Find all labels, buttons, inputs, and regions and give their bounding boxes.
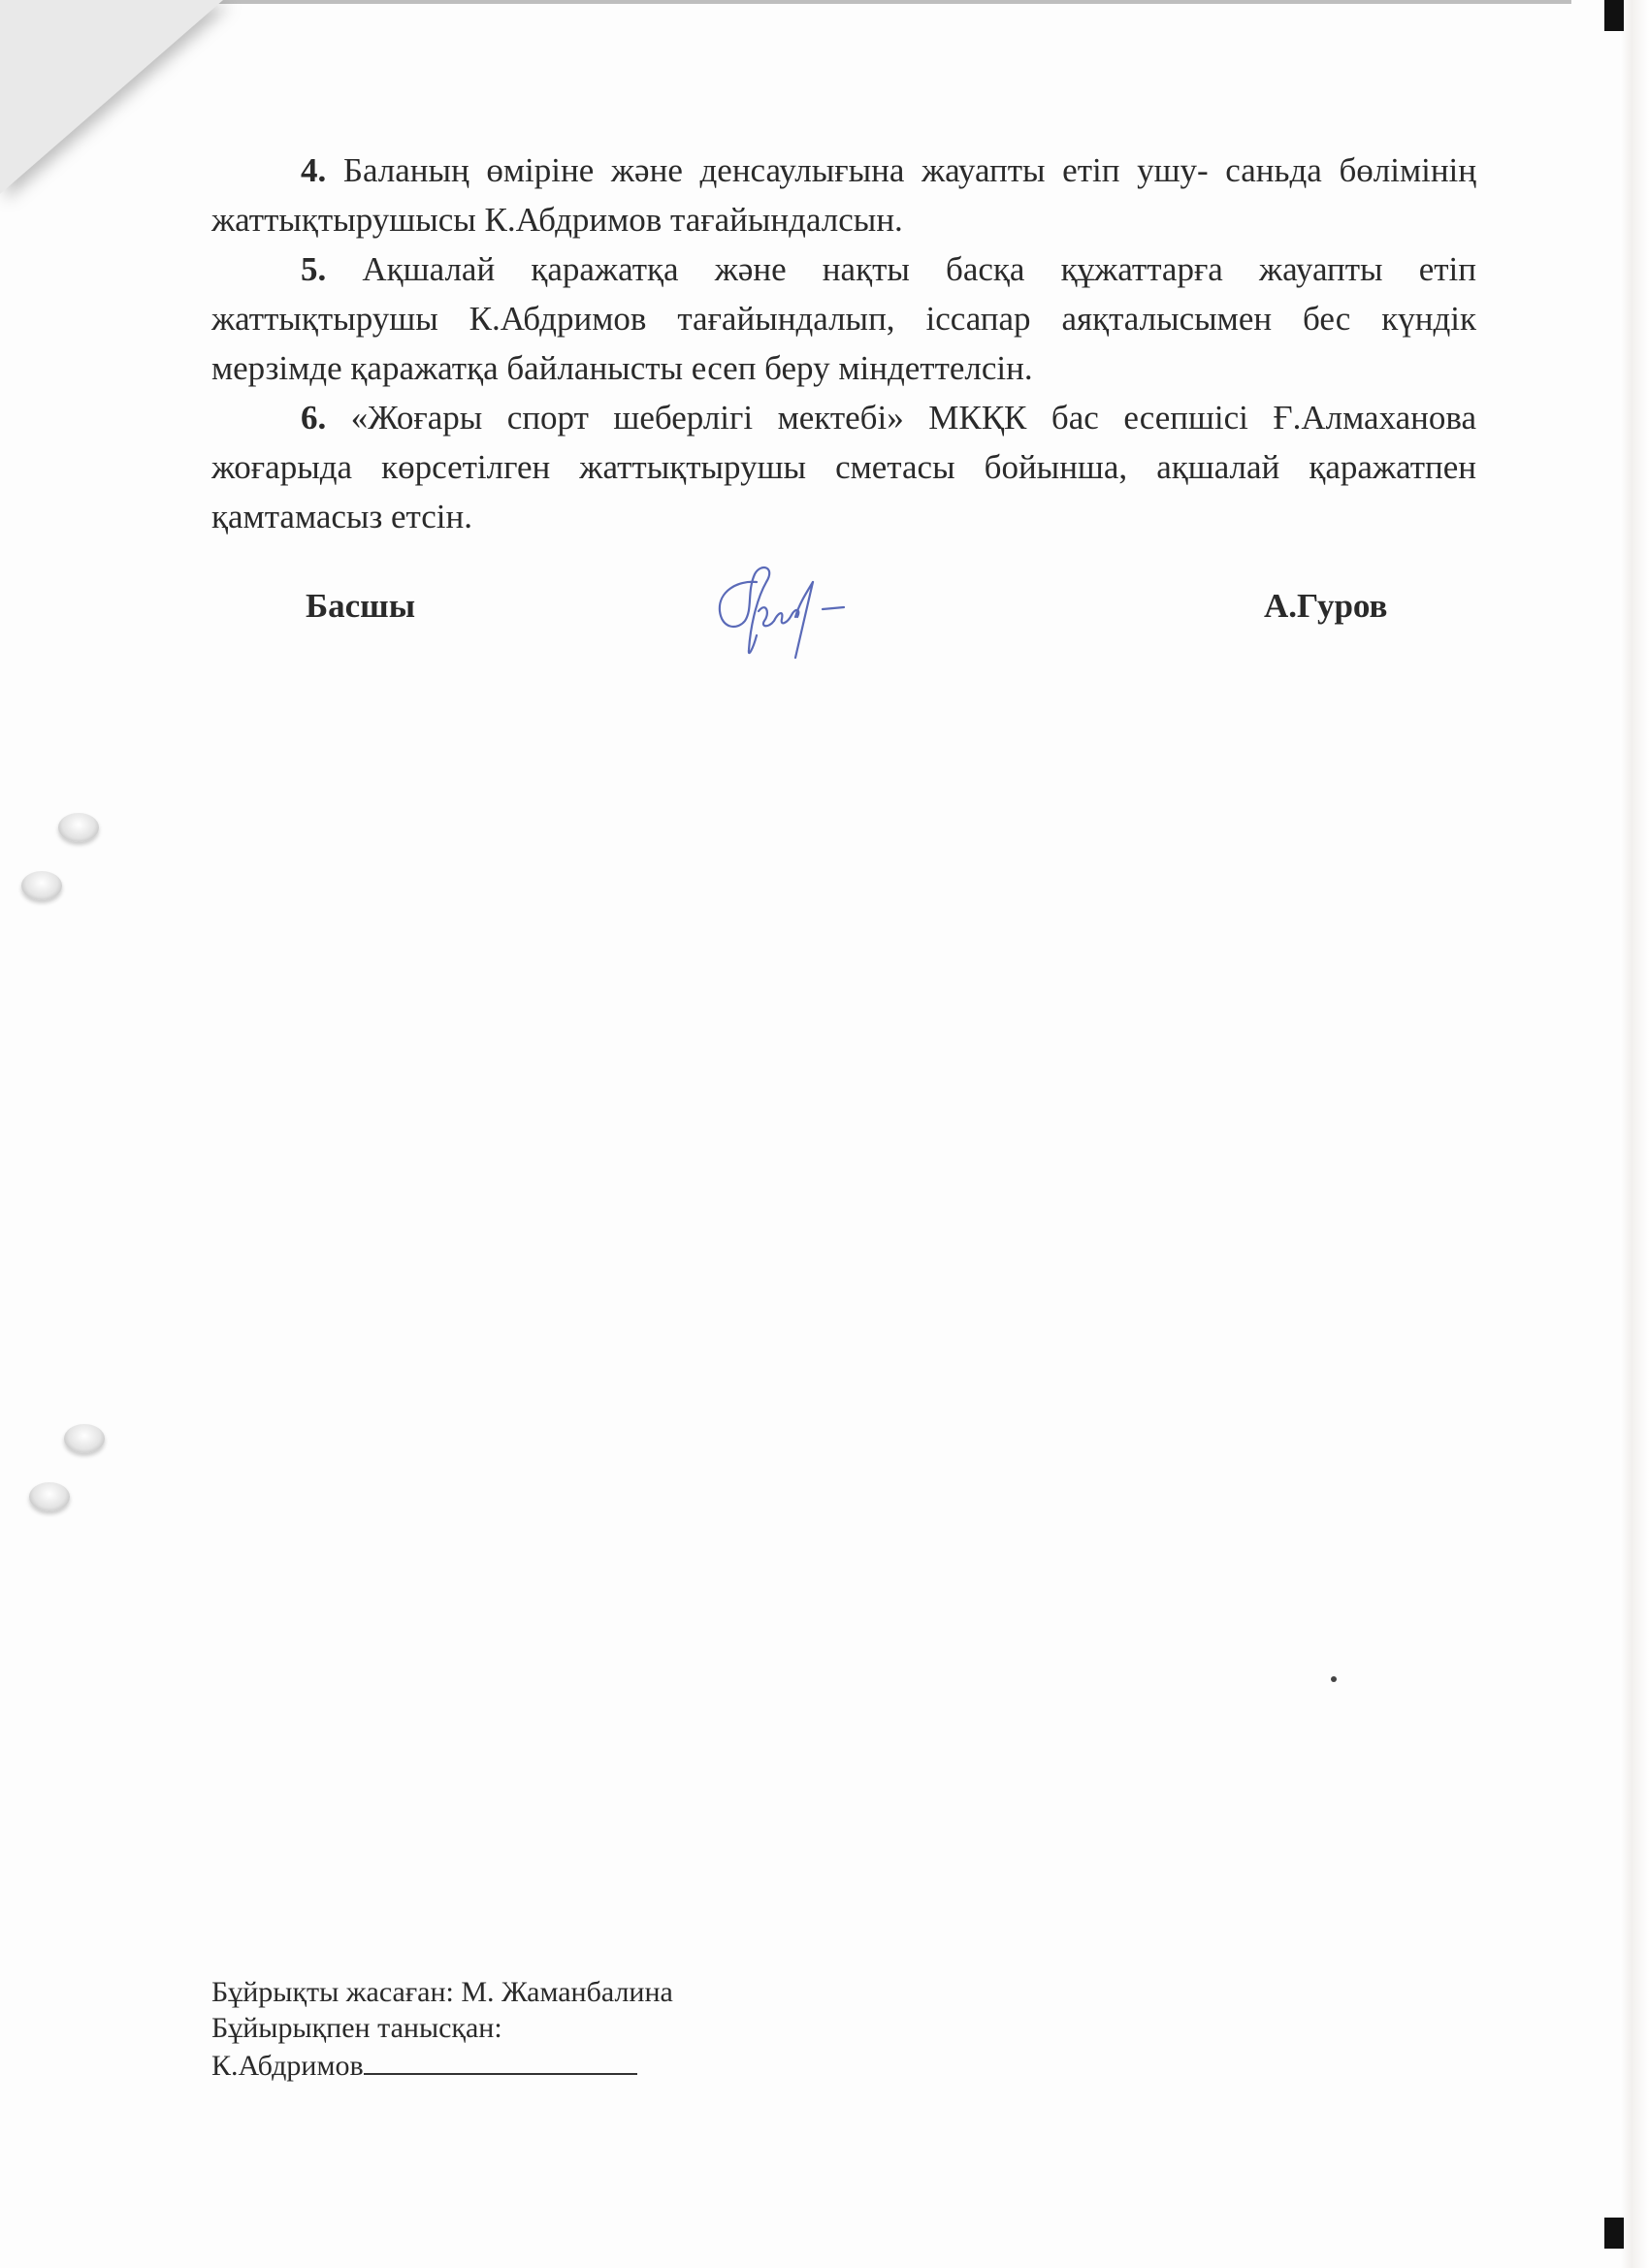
signature-blank-line: [364, 2046, 637, 2075]
handwritten-signature-icon: [698, 553, 912, 669]
signatory-title: Басшы: [306, 587, 415, 626]
paragraph-text: «Жоғары спорт шеберлігі мектебі» МКҚК ба…: [211, 399, 1476, 535]
signatory-name: А.Гуров: [1264, 587, 1387, 626]
acquainted-row: К.Абдримов: [211, 2046, 673, 2084]
signature-block: Басшы А.Гуров: [0, 572, 1649, 669]
paragraph-text: Баланың өміріне және денсаулығына жауапт…: [211, 151, 1476, 239]
punch-hole: [58, 813, 99, 842]
scan-edge-marker-top: [1604, 0, 1624, 31]
footer-notes: Бұйрықты жасаған: М. Жаманбалина Бұйырық…: [211, 1974, 673, 2084]
paragraph-4: 4. Баланың өміріне және денсаулығына жау…: [211, 146, 1476, 244]
folded-corner: [0, 0, 223, 194]
acquainted-label: Бұйырықпен танысқан:: [211, 2010, 673, 2046]
acquainted-name: К.Абдримов: [211, 2050, 364, 2082]
paragraph-number: 6.: [301, 399, 326, 437]
punch-hole: [21, 871, 62, 900]
paragraph-text: Ақшалай қаражатқа және нақты басқа құжат…: [211, 250, 1476, 387]
prepared-by: Бұйрықты жасаған: М. Жаманбалина: [211, 1974, 673, 2010]
paragraph-number: 5.: [301, 250, 326, 288]
scan-right-edge: [1620, 0, 1649, 2268]
scanned-page: 4. Баланың өміріне және денсаулығына жау…: [0, 0, 1649, 2268]
scan-edge-shadow: [213, 0, 1571, 4]
paragraph-5: 5. Ақшалай қаражатқа және нақты басқа құ…: [211, 244, 1476, 393]
scan-speck: [1331, 1676, 1337, 1682]
scan-edge-marker-bottom: [1604, 2218, 1624, 2249]
punch-hole: [64, 1424, 105, 1453]
document-body: 4. Баланың өміріне және денсаулығына жау…: [211, 146, 1476, 541]
punch-hole: [29, 1482, 70, 1511]
paragraph-6: 6. «Жоғары спорт шеберлігі мектебі» МКҚК…: [211, 393, 1476, 541]
paragraph-number: 4.: [301, 151, 326, 189]
